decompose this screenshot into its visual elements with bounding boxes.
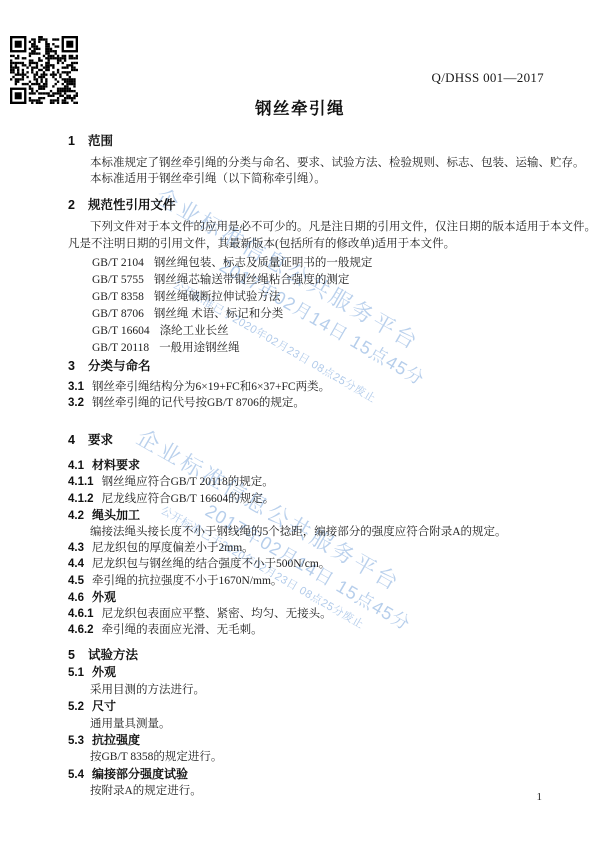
clause-number: 4.6.2 <box>68 622 94 638</box>
reference-code: GB/T 8706 <box>92 308 144 320</box>
clause-text: 牵引绳的抗拉强度不小于1670N/mm。 <box>92 575 282 587</box>
clause-number: 3.1 <box>68 379 84 395</box>
clause-title: 抗拉强度 <box>92 733 140 747</box>
clause-4-6-2: 4.6.2牵引绳的表面应光滑、无毛刺。 <box>68 622 586 638</box>
section-2-heading: 2规范性引用文件 <box>68 197 586 214</box>
clause-5-2-body: 通用量具测量。 <box>68 716 586 732</box>
clause-number: 4.2 <box>68 508 84 524</box>
clause-4-1-2: 4.1.2尼龙线应符合GB/T 16604的规定。 <box>68 491 586 507</box>
section-2-title: 规范性引用文件 <box>88 198 176 212</box>
clause-text: 牵引绳的表面应光滑、无毛刺。 <box>102 624 263 636</box>
reference-title: 钢丝绳 术语、标记和分类 <box>154 308 283 320</box>
clause-number: 5.4 <box>68 767 84 783</box>
section-1-number: 1 <box>68 133 75 150</box>
section-3-heading: 3分类与命名 <box>68 358 586 375</box>
paragraph-line: 凡是不注明日期的引用文件，其最新版本(包括所有的修改单)适用于本文件。 <box>68 236 586 252</box>
clause-4-2-body: 编接法绳头接长度不小于钢线绳的5个捻距，编接部分的强度应符合附录A的规定。 <box>68 524 586 540</box>
clause-5-2: 5.2尺寸 <box>68 698 586 715</box>
clause-title: 外观 <box>92 590 116 604</box>
clause-4-1: 4.1材料要求 <box>68 457 586 474</box>
doc-number: Q/DHSS 001—2017 <box>432 70 545 86</box>
reference-item: GB/T 2104钢丝绳包装、标志及质量证明书的一般规定 <box>68 255 586 272</box>
clause-number: 4.1.1 <box>68 474 94 490</box>
document-body: 1范围 本标准规定了钢丝牵引绳的分类与命名、要求、试验方法、检验规则、标志、包装… <box>68 133 586 800</box>
clause-number: 4.3 <box>68 540 84 556</box>
page-content: Q/DHSS 001—2017 钢丝牵引绳 1范围 本标准规定了钢丝牵引绳的分类… <box>0 0 600 848</box>
clause-4-4: 4.4尼龙织包与钢丝绳的结合强度不小于500N/cm。 <box>68 556 586 572</box>
section-1-title: 范围 <box>88 134 113 148</box>
clause-5-3-body: 按GB/T 8358的规定进行。 <box>68 749 586 765</box>
clause-title: 材料要求 <box>92 458 140 472</box>
clause-number: 4.5 <box>68 573 84 589</box>
clause-number: 5.1 <box>68 665 84 681</box>
paragraph-line: 下列文件对于本文件的应用是必不可少的。凡是注日期的引用文件，仅注日期的版本适用于… <box>68 219 586 235</box>
clause-5-4: 5.4编接部分强度试验 <box>68 766 586 783</box>
clause-number: 4.4 <box>68 556 84 572</box>
clause-5-4-body: 按附录A的规定进行。 <box>68 783 586 799</box>
clause-4-3: 4.3尼龙织包的厚度偏差小于2mm。 <box>68 540 586 556</box>
clause-number: 4.6 <box>68 590 84 606</box>
clause-number: 5.3 <box>68 733 84 749</box>
clause-number: 3.2 <box>68 395 84 411</box>
clause-text: 尼龙织包与钢丝绳的结合强度不小于500N/cm。 <box>92 558 330 570</box>
clause-title: 绳头加工 <box>92 508 140 522</box>
document-page: 企业标准信息公共服务平台 2017年02月14日 15点45分 公开标准已于20… <box>0 0 600 848</box>
clause-text: 尼龙线应符合GB/T 16604的规定。 <box>102 493 275 505</box>
clause-text: 尼龙织包的厚度偏差小于2mm。 <box>92 542 254 554</box>
reference-item: GB/T 5755钢丝绳芯输送带钢丝绳粘合强度的测定 <box>68 272 586 289</box>
clause-number: 4.1 <box>68 458 84 474</box>
section-2-number: 2 <box>68 197 75 214</box>
reference-code: GB/T 2104 <box>92 257 144 269</box>
reference-item: GB/T 16604涤纶工业长丝 <box>68 323 586 340</box>
section-5-title: 试验方法 <box>88 648 138 662</box>
reference-item: GB/T 20118一般用途钢丝绳 <box>68 340 586 357</box>
clause-number: 4.1.2 <box>68 491 94 507</box>
clause-title: 尺寸 <box>92 699 116 713</box>
clause-text: 钢丝牵引绳结构分为6×19+FC和6×37+FC两类。 <box>92 381 330 393</box>
section-5-heading: 5试验方法 <box>68 647 586 664</box>
reference-title: 涤纶工业长丝 <box>160 325 229 337</box>
reference-code: GB/T 16604 <box>92 325 150 337</box>
section-4-title: 要求 <box>88 433 113 447</box>
section-4-number: 4 <box>68 432 75 449</box>
clause-text: 钢丝绳应符合GB/T 20118的规定。 <box>102 476 274 488</box>
clause-5-1-body: 采用目测的方法进行。 <box>68 682 586 698</box>
clause-text: 钢丝牵引绳的记代号按GB/T 8706的规定。 <box>92 397 305 409</box>
clause-4-6-1: 4.6.1尼龙织包表面应平整、紧密、均匀、无接头。 <box>68 606 586 622</box>
page-number: 1 <box>537 791 543 803</box>
paragraph-line: 本标准适用于钢丝牵引绳（以下简称牵引绳）。 <box>68 171 586 187</box>
clause-number: 4.6.1 <box>68 606 94 622</box>
section-5-number: 5 <box>68 647 75 664</box>
clause-4-5: 4.5牵引绳的抗拉强度不小于1670N/mm。 <box>68 573 586 589</box>
clause-3-2: 3.2钢丝牵引绳的记代号按GB/T 8706的规定。 <box>68 395 586 411</box>
clause-4-2: 4.2绳头加工 <box>68 507 586 524</box>
section-3-title: 分类与命名 <box>88 359 151 373</box>
clause-title: 外观 <box>92 665 116 679</box>
qr-code-icon <box>10 36 78 104</box>
clause-number: 5.2 <box>68 699 84 715</box>
section-1-heading: 1范围 <box>68 133 586 150</box>
reference-code: GB/T 8358 <box>92 291 144 303</box>
reference-item: GB/T 8706钢丝绳 术语、标记和分类 <box>68 306 586 323</box>
clause-4-1-1: 4.1.1钢丝绳应符合GB/T 20118的规定。 <box>68 474 586 490</box>
section-3-number: 3 <box>68 358 75 375</box>
page-title: 钢丝牵引绳 <box>0 95 600 119</box>
clause-5-3: 5.3抗拉强度 <box>68 732 586 749</box>
paragraph-line: 本标准规定了钢丝牵引绳的分类与命名、要求、试验方法、检验规则、标志、包装、运输、… <box>68 155 586 171</box>
clause-5-1: 5.1外观 <box>68 664 586 681</box>
clause-4-6: 4.6外观 <box>68 589 586 606</box>
reference-code: GB/T 5755 <box>92 274 144 286</box>
reference-title: 钢丝绳芯输送带钢丝绳粘合强度的测定 <box>154 274 350 286</box>
clause-text: 尼龙织包表面应平整、紧密、均匀、无接头。 <box>102 608 332 620</box>
section-4-heading: 4要求 <box>68 432 586 449</box>
reference-item: GB/T 8358钢丝绳破断拉伸试验方法 <box>68 289 586 306</box>
reference-title: 一般用途钢丝绳 <box>159 342 240 354</box>
clause-3-1: 3.1钢丝牵引绳结构分为6×19+FC和6×37+FC两类。 <box>68 379 586 395</box>
reference-code: GB/T 20118 <box>92 342 149 354</box>
reference-list: GB/T 2104钢丝绳包装、标志及质量证明书的一般规定 GB/T 5755钢丝… <box>68 255 586 357</box>
reference-title: 钢丝绳破断拉伸试验方法 <box>154 291 281 303</box>
reference-title: 钢丝绳包装、标志及质量证明书的一般规定 <box>154 257 373 269</box>
clause-title: 编接部分强度试验 <box>92 767 188 781</box>
